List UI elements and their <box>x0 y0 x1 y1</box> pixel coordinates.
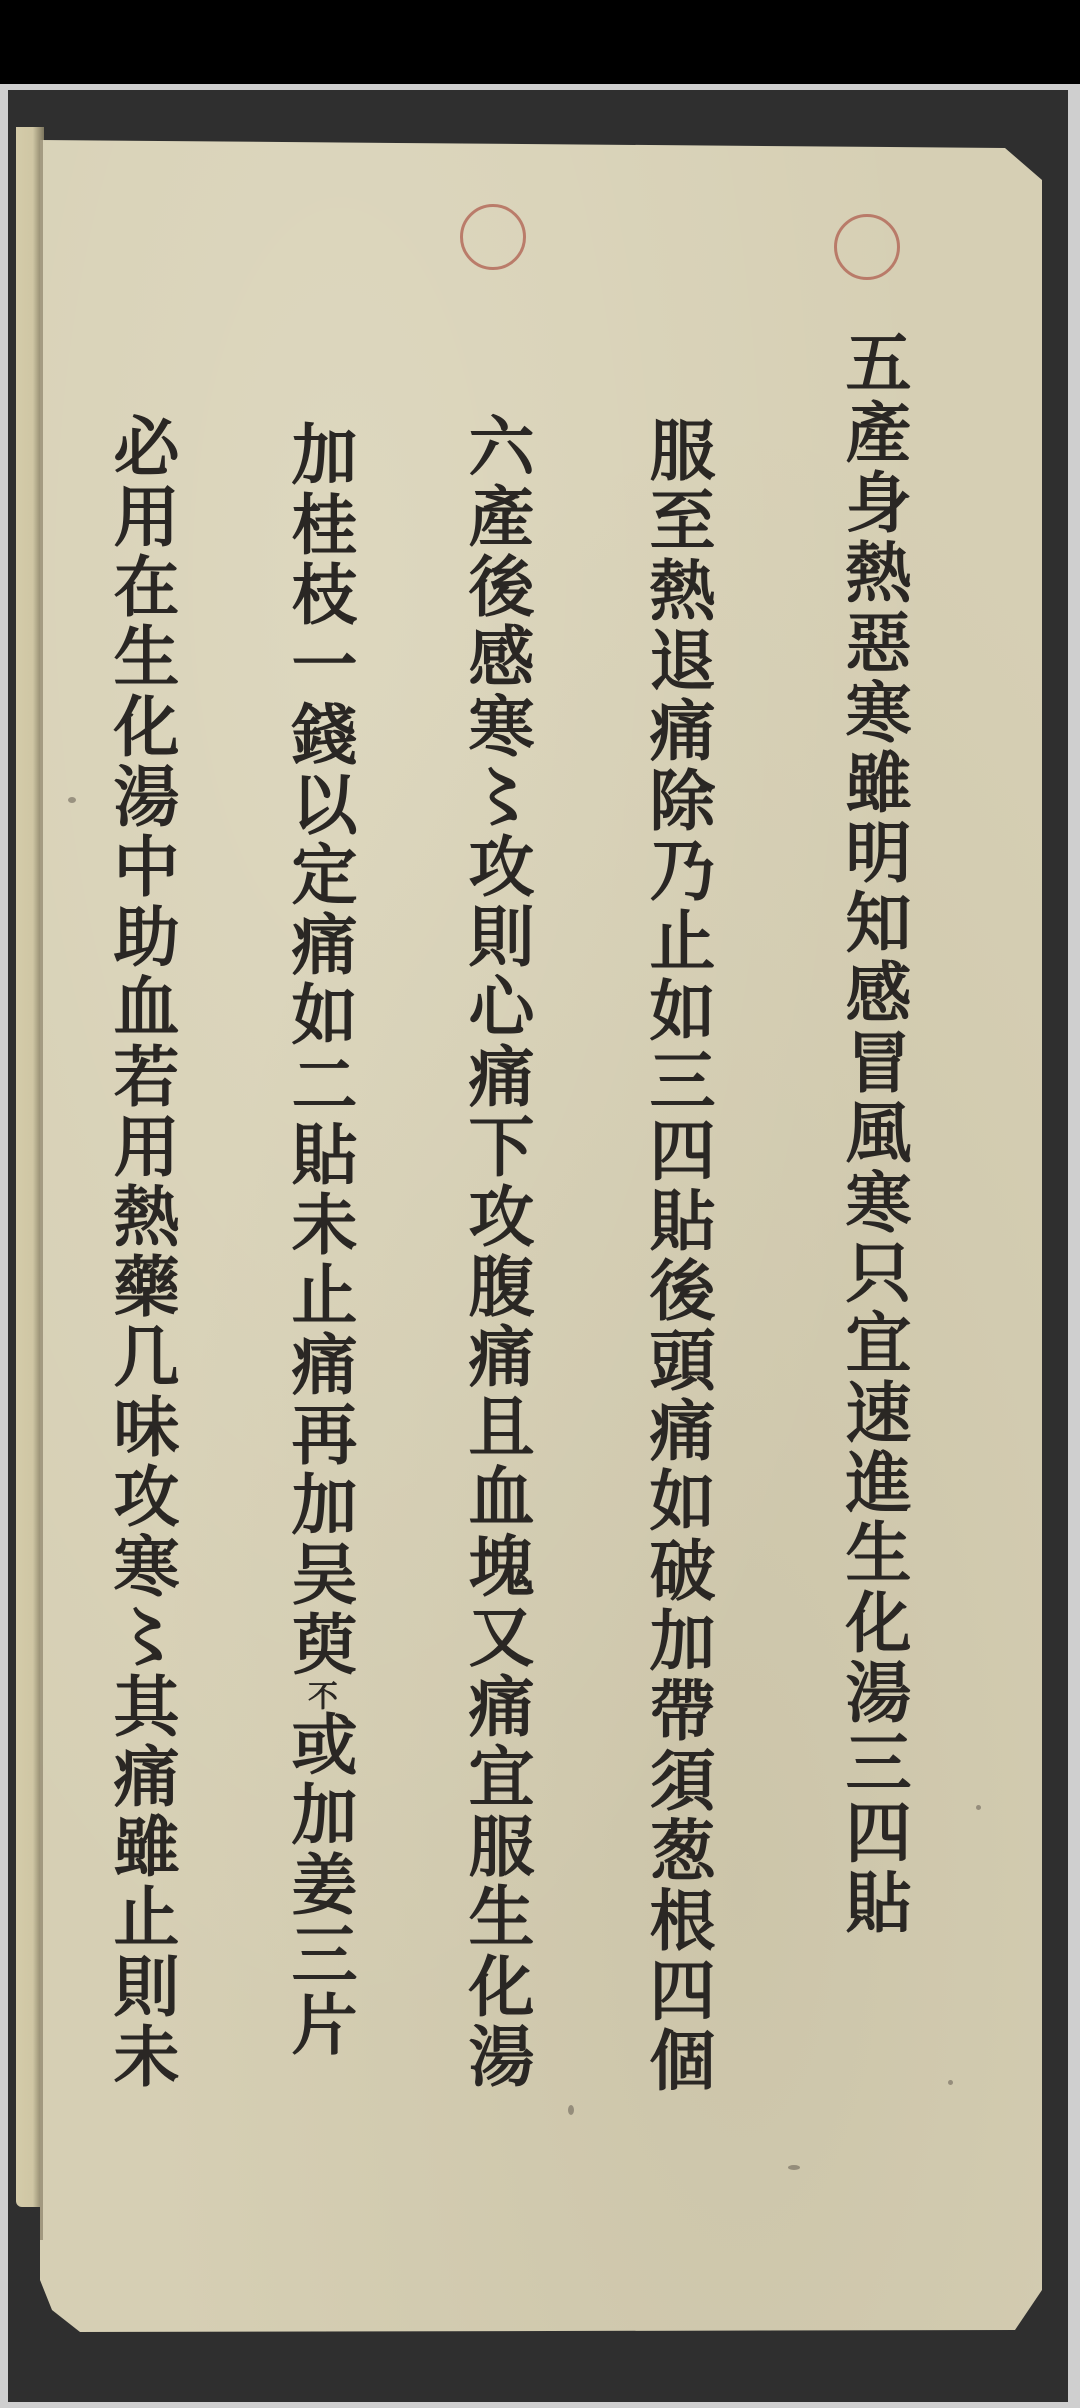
paper-speck <box>948 2080 953 2085</box>
paper-speck <box>788 2165 800 2170</box>
paper-speck <box>568 2105 574 2115</box>
text-column-4: 加桂枝一錢以定痛如二貼未止痛再加吴萸不或加姜三片 <box>286 420 352 2060</box>
scanned-page: 五產身熱惡寒雖明知感冒風寒只宜速進生化湯三四貼 服至熱退痛除乃止如三四貼後頭痛如… <box>8 90 1068 2402</box>
paper-speck <box>68 797 76 803</box>
text-column-2: 服至熱退痛除乃止如三四貼後頭痛如破加帶須葱根四個 <box>644 416 710 2096</box>
viewer-top-bar <box>0 0 1080 84</box>
column-4-main-text: 加桂枝一錢以定痛如二貼未止痛再加吴萸 <box>280 420 358 1680</box>
text-column-1: 五產身熱惡寒雖明知感冒風寒只宜速進生化湯三四貼 <box>840 328 906 1938</box>
red-circle-mark-1 <box>834 214 900 280</box>
text-column-3: 六產後感寒〻攻則心痛下攻腹痛且血塊又痛宜服生化湯 <box>463 412 529 2092</box>
paper-speck <box>976 1805 981 1810</box>
red-circle-mark-2 <box>460 204 526 270</box>
page-fold-line <box>40 140 43 2240</box>
text-column-5: 必用在生化湯中助血若用熱藥几味攻寒〻其痛雖止則未 <box>108 412 174 2092</box>
column-4-small-annotation: 不 <box>302 1680 337 1710</box>
column-4-tail-text: 或加姜三片 <box>280 1710 358 2060</box>
